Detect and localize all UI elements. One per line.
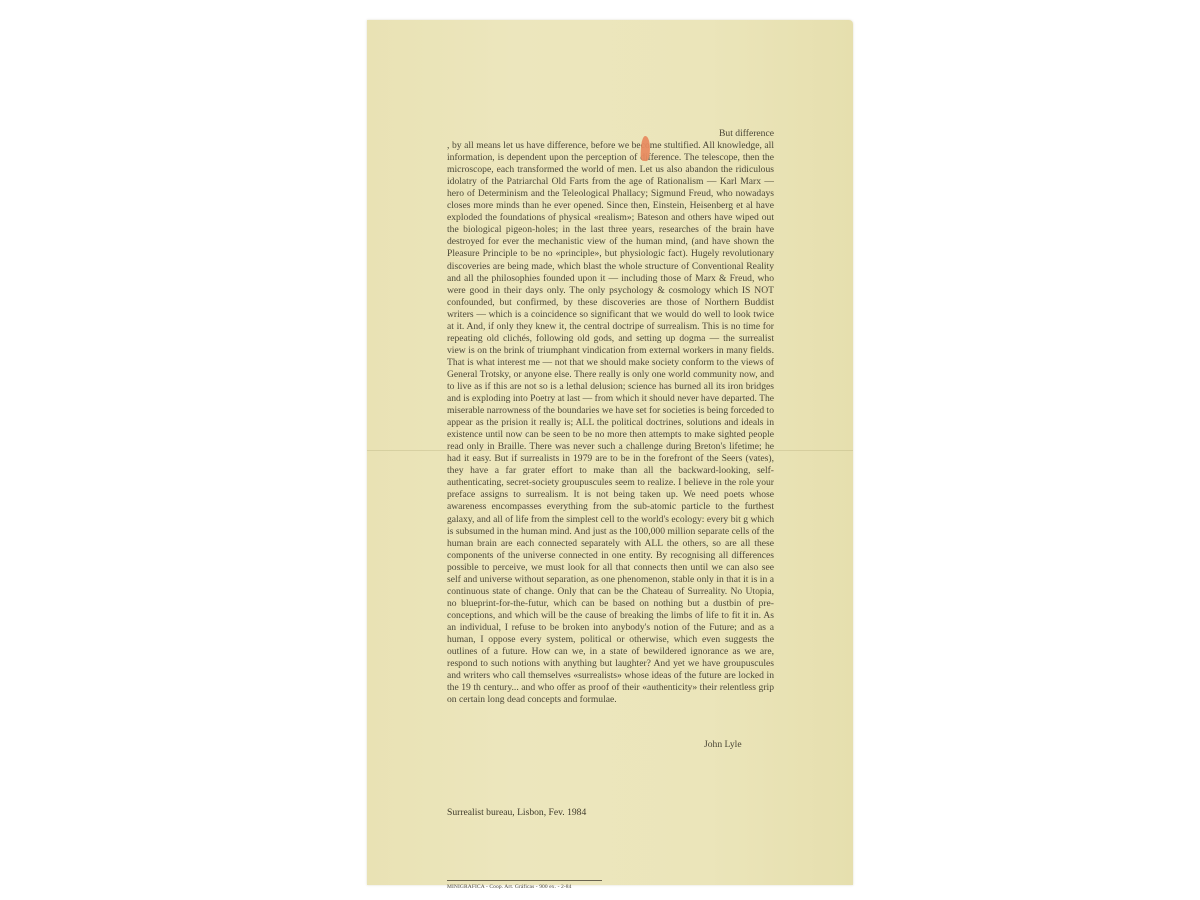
letter-body: But difference , by all means let us hav… [447,128,774,706]
letter-paragraph: , by all means let us have difference, b… [447,140,774,706]
signature: John Lyle [704,739,742,750]
printer-imprint: MINIGRAFICA - Coop. Art. Gráficas - 900 … [447,884,571,890]
divider [447,880,602,881]
opening-line: But difference [447,128,774,140]
location-date: Surrealist bureau, Lisbon, Fev. 1984 [447,807,586,818]
document-sheet: But difference , by all means let us hav… [367,20,853,885]
